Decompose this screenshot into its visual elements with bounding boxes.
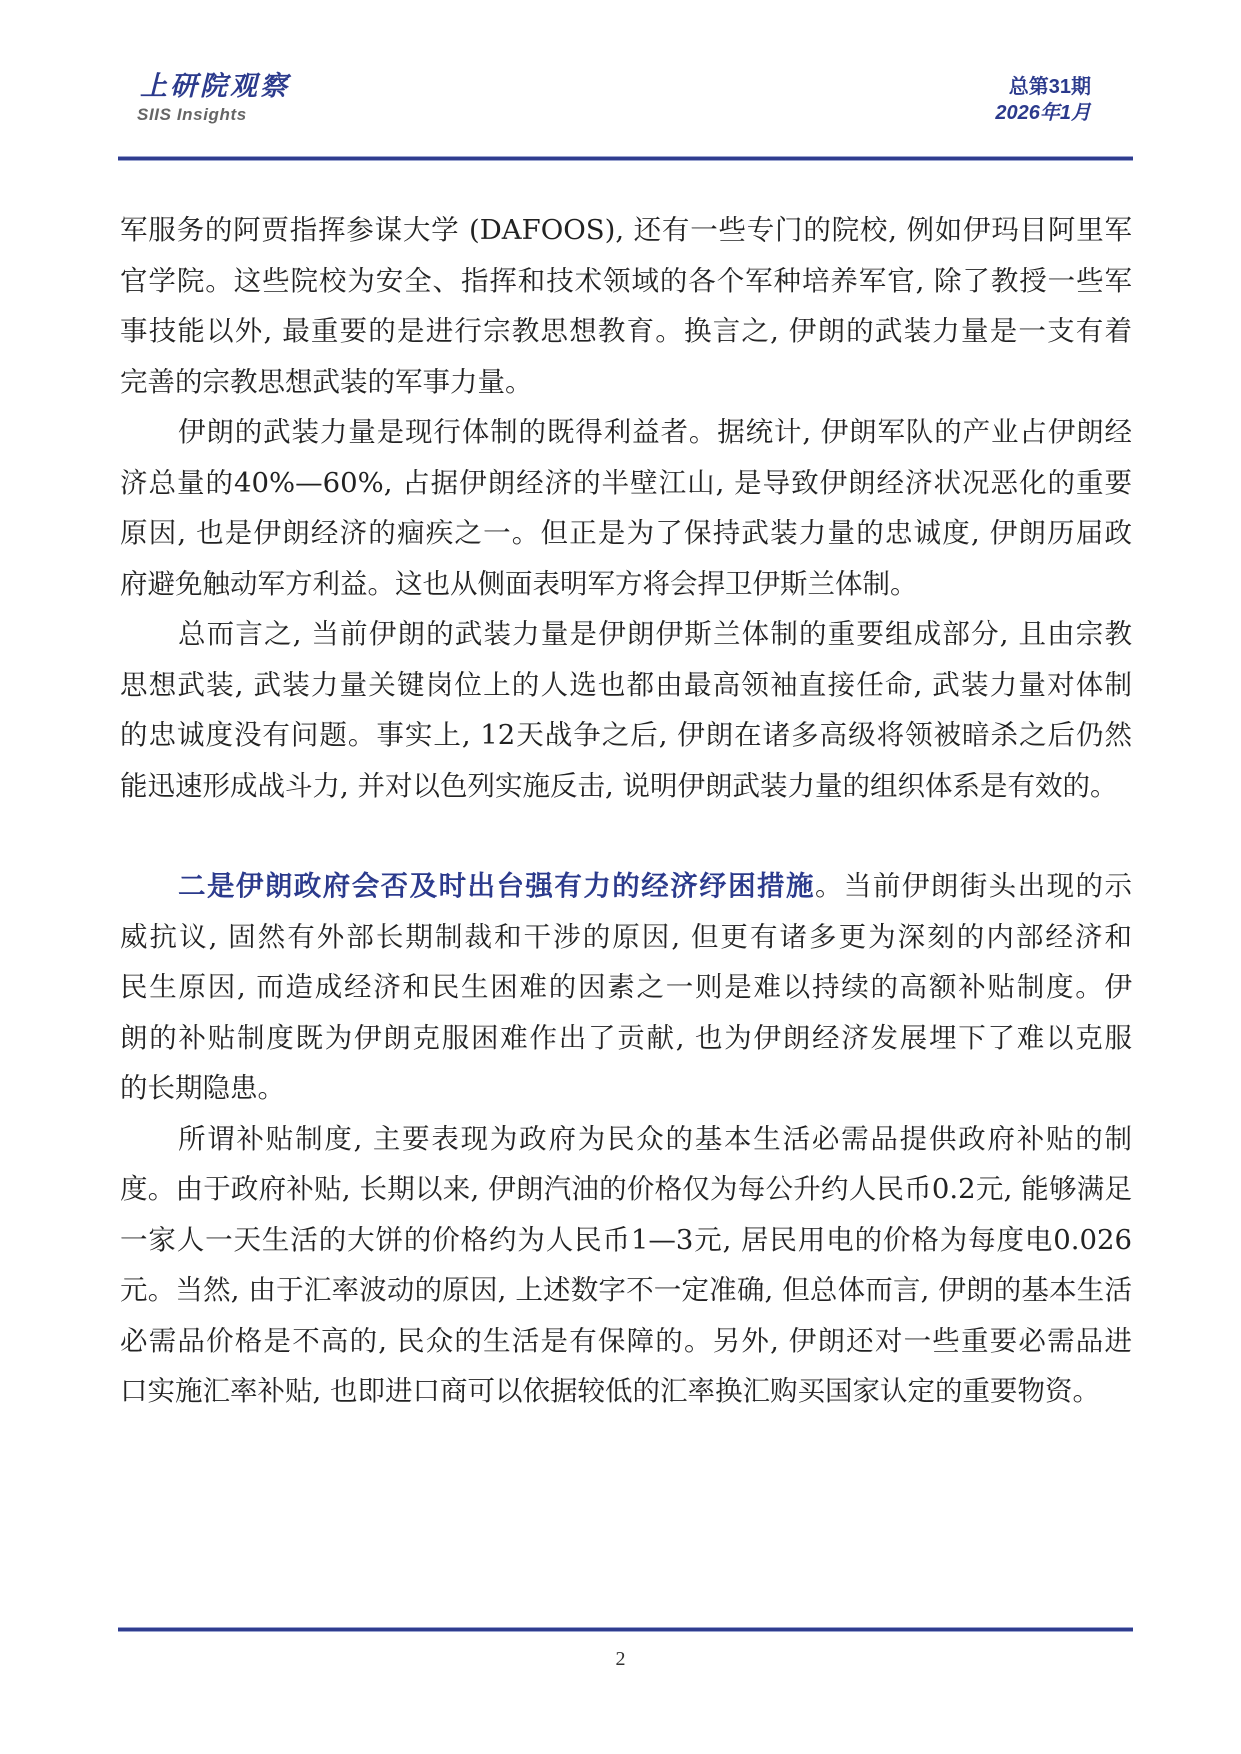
text-line: 威抗议, 固然有外部长期制裁和干涉的原因, 但更有诸多更为深刻的内部经济和 bbox=[120, 912, 1132, 963]
text-line: 的长期隐患。 bbox=[120, 1063, 1132, 1114]
issue-info: 总第31期 2026年1月 bbox=[995, 74, 1091, 126]
text-line: 官学院。这些院校为安全、指挥和技术领域的各个军种培养军官, 除了教授一些军 bbox=[120, 256, 1132, 307]
text-line: 口实施汇率补贴, 也即进口商可以依据较低的汇率换汇购买国家认定的重要物资。 bbox=[120, 1366, 1132, 1417]
text-line: 军服务的阿贾指挥参谋大学 (DAFOOS), 还有一些专门的院校, 例如伊玛目阿… bbox=[120, 205, 1132, 256]
issue-number: 总第31期 bbox=[995, 74, 1091, 100]
text-line: 的忠诚度没有问题。事实上, 12天战争之后, 伊朗在诸多高级将领被暗杀之后仍然 bbox=[120, 710, 1132, 761]
text-line: 事技能以外, 最重要的是进行宗教思想教育。换言之, 伊朗的武装力量是一支有着 bbox=[120, 306, 1132, 357]
publication-logo-chinese: 上研院观察 bbox=[140, 72, 290, 102]
text-line: 朗的补贴制度既为伊朗克服困难作出了贡献, 也为伊朗经济发展埋下了难以克服 bbox=[120, 1013, 1132, 1064]
text-line: 完善的宗教思想武装的军事力量。 bbox=[120, 357, 1132, 408]
text-line: 原因, 也是伊朗经济的痼疾之一。但正是为了保持武装力量的忠诚度, 伊朗历届政 bbox=[120, 508, 1132, 559]
text-line: 一家人一天生活的大饼的价格约为人民币1—3元, 居民用电的价格为每度电0.026 bbox=[120, 1215, 1132, 1266]
issue-date: 2026年1月 bbox=[995, 100, 1091, 126]
text-line: 二是伊朗政府会否及时出台强有力的经济纾困措施。当前伊朗街头出现的示 bbox=[120, 861, 1132, 912]
text-line: 必需品价格是不高的, 民众的生活是有保障的。另外, 伊朗还对一些重要必需品进 bbox=[120, 1316, 1132, 1367]
text-line: 济总量的40%—60%, 占据伊朗经济的半壁江山, 是导致伊朗经济状况恶化的重要 bbox=[120, 458, 1132, 509]
page-number: 2 bbox=[0, 1648, 1241, 1671]
section-gap bbox=[120, 811, 1132, 861]
paragraph-1: 军服务的阿贾指挥参谋大学 (DAFOOS), 还有一些专门的院校, 例如伊玛目阿… bbox=[120, 205, 1132, 407]
text-line: 能迅速形成战斗力, 并对以色列实施反击, 说明伊朗武装力量的组织体系是有效的。 bbox=[120, 761, 1132, 812]
text-line: 伊朗的武装力量是现行体制的既得利益者。据统计, 伊朗军队的产业占伊朗经 bbox=[120, 407, 1132, 458]
publication-logo-english: SIIS Insights bbox=[137, 105, 247, 125]
document-page: 上研院观察 SIIS Insights 总第31期 2026年1月 军服务的阿贾… bbox=[0, 0, 1241, 1754]
text-line: 思想武装, 武装力量关键岗位上的人选也都由最高领袖直接任命, 武装力量对体制 bbox=[120, 660, 1132, 711]
text-line: 度。由于政府补贴, 长期以来, 伊朗汽油的价格仅为每公升约人民币0.2元, 能够… bbox=[120, 1164, 1132, 1215]
paragraph-2: 伊朗的武装力量是现行体制的既得利益者。据统计, 伊朗军队的产业占伊朗经 济总量的… bbox=[120, 407, 1132, 609]
text-line: 总而言之, 当前伊朗的武装力量是伊朗伊斯兰体制的重要组成部分, 且由宗教 bbox=[120, 609, 1132, 660]
paragraph-5: 所谓补贴制度, 主要表现为政府为民众的基本生活必需品提供政府补贴的制 度。由于政… bbox=[120, 1114, 1132, 1417]
footer-divider bbox=[118, 1628, 1133, 1631]
text-line: 府避免触动军方利益。这也从侧面表明军方将会捍卫伊斯兰体制。 bbox=[120, 559, 1132, 610]
text-line: 元。当然, 由于汇率波动的原因, 上述数字不一定准确, 但总体而言, 伊朗的基本… bbox=[120, 1265, 1132, 1316]
paragraph-3: 总而言之, 当前伊朗的武装力量是伊朗伊斯兰体制的重要组成部分, 且由宗教 思想武… bbox=[120, 609, 1132, 811]
article-body: 军服务的阿贾指挥参谋大学 (DAFOOS), 还有一些专门的院校, 例如伊玛目阿… bbox=[120, 205, 1132, 1417]
paragraph-4: 二是伊朗政府会否及时出台强有力的经济纾困措施。当前伊朗街头出现的示 威抗议, 固… bbox=[120, 861, 1132, 1114]
header-divider bbox=[118, 157, 1133, 160]
text-line: 民生原因, 而造成经济和民生困难的因素之一则是难以持续的高额补贴制度。伊 bbox=[120, 962, 1132, 1013]
section-lead-continuation: 。当前伊朗街头出现的示 bbox=[815, 870, 1132, 902]
text-line: 所谓补贴制度, 主要表现为政府为民众的基本生活必需品提供政府补贴的制 bbox=[120, 1114, 1132, 1165]
section-lead-heading: 二是伊朗政府会否及时出台强有力的经济纾困措施 bbox=[178, 870, 815, 902]
